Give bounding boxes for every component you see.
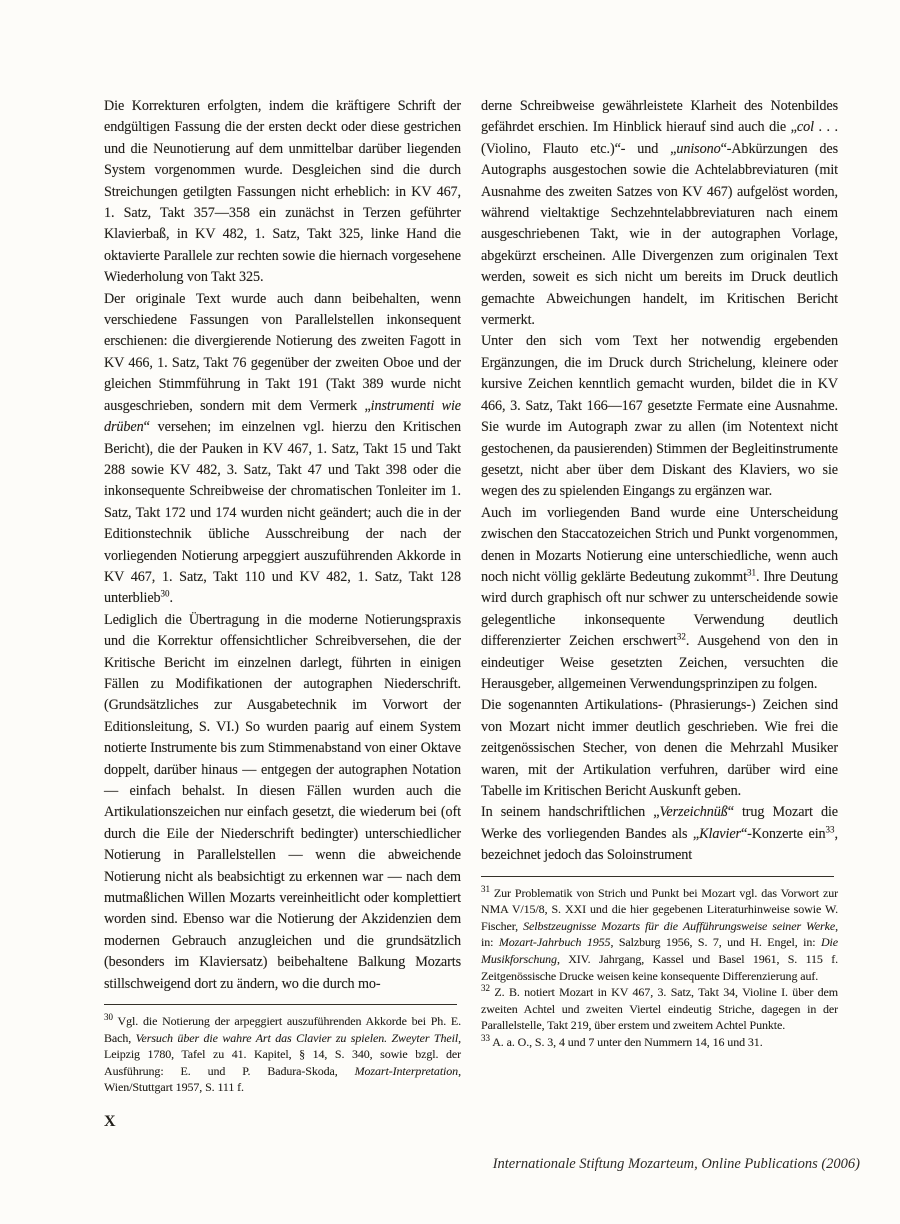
text-run: derne Schreibweise gewährleistete Klarhe… bbox=[481, 98, 838, 135]
text-columns: Die Korrekturen erfolgten, indem die krä… bbox=[104, 96, 838, 1131]
scanned-document-page: Die Korrekturen erfolgten, indem die krä… bbox=[0, 0, 900, 1224]
right-column-body-text: derne Schreibweise gewährleistete Klarhe… bbox=[481, 96, 838, 867]
footnote-separator-right bbox=[481, 876, 834, 877]
right-column-footnotes: 31 Zur Problematik von Strich und Punkt … bbox=[481, 885, 838, 1051]
text-run: Der originale Text wurde auch dann beibe… bbox=[104, 291, 461, 414]
paragraph: In seinem handschriftlichen „Verzeichnüß… bbox=[481, 802, 838, 866]
italic-text-run: Klavier bbox=[699, 826, 741, 842]
paragraph: Unter den sich vom Text her notwendig er… bbox=[481, 331, 838, 502]
text-run: “-Konzerte ein bbox=[741, 826, 826, 842]
page-number: X bbox=[104, 1113, 461, 1131]
footnote-reference: 33 bbox=[826, 824, 835, 834]
paragraph: derne Schreibweise gewährleistete Klarhe… bbox=[481, 96, 838, 331]
footnote: 30 Vgl. die Notierung der arpeggiert aus… bbox=[104, 1013, 461, 1096]
text-run: In seinem handschriftlichen „ bbox=[481, 804, 659, 820]
footnote-reference: 31 bbox=[481, 884, 490, 894]
italic-text-run: Mozart-Interpretation bbox=[355, 1064, 458, 1078]
italic-text-run: Selbstzeugnisse Mozarts für die Aufführu… bbox=[523, 919, 835, 933]
footnote: 32 Z. B. notiert Mozart in KV 467, 3. Sa… bbox=[481, 984, 838, 1034]
paragraph: Der originale Text wurde auch dann beibe… bbox=[104, 289, 461, 610]
paragraph: Die Korrekturen erfolgten, indem die krä… bbox=[104, 96, 461, 289]
text-run: . bbox=[170, 590, 173, 606]
paragraph: Lediglich die Übertragung in die moderne… bbox=[104, 610, 461, 995]
text-run: “-Abkürzungen des Autographs ausgestoche… bbox=[481, 141, 838, 328]
footnote-reference: 33 bbox=[481, 1033, 490, 1043]
footnote: 31 Zur Problematik von Strich und Punkt … bbox=[481, 885, 838, 985]
text-run: Die sogenannten Artikulations- (Phrasier… bbox=[481, 697, 838, 799]
paragraph: Die sogenannten Artikulations- (Phrasier… bbox=[481, 695, 838, 802]
left-column-footnotes: 30 Vgl. die Notierung der arpeggiert aus… bbox=[104, 1013, 461, 1096]
text-run: Unter den sich vom Text her notwendig er… bbox=[481, 333, 838, 499]
left-column-body-text: Die Korrekturen erfolgten, indem die krä… bbox=[104, 96, 461, 995]
footnote-reference: 32 bbox=[677, 631, 686, 641]
left-column: Die Korrekturen erfolgten, indem die krä… bbox=[104, 96, 461, 1131]
italic-text-run: col bbox=[797, 119, 814, 135]
footnote-reference: 31 bbox=[747, 567, 756, 577]
text-run: A. a. O., S. 3, 4 und 7 unter den Nummer… bbox=[490, 1035, 763, 1049]
text-run: , Salzburg 1956, S. 7, und H. Engel, in: bbox=[610, 935, 821, 949]
text-run: Lediglich die Übertragung in die moderne… bbox=[104, 612, 461, 992]
footnote-separator-left bbox=[104, 1004, 457, 1005]
paragraph: Auch im vorliegenden Band wurde eine Unt… bbox=[481, 503, 838, 696]
text-run: “ versehen; im einzelnen vgl. hierzu den… bbox=[104, 419, 461, 606]
publication-footer: Internationale Stiftung Mozarteum, Onlin… bbox=[493, 1156, 860, 1173]
right-column: derne Schreibweise gewährleistete Klarhe… bbox=[481, 96, 838, 1131]
text-run: Z. B. notiert Mozart in KV 467, 3. Satz,… bbox=[481, 985, 838, 1032]
footnote-reference: 32 bbox=[481, 983, 490, 993]
text-run: Die Korrekturen erfolgten, indem die krä… bbox=[104, 98, 461, 285]
italic-text-run: Mozart-Jahrbuch 1955 bbox=[499, 935, 611, 949]
footnote-reference: 30 bbox=[161, 589, 170, 599]
footnote: 33 A. a. O., S. 3, 4 und 7 unter den Num… bbox=[481, 1034, 838, 1051]
italic-text-run: unisono bbox=[676, 141, 720, 157]
footnote-reference: 30 bbox=[104, 1012, 113, 1022]
italic-text-run: Verzeichnüß bbox=[659, 804, 727, 820]
italic-text-run: Versuch über die wahre Art das Clavier z… bbox=[136, 1031, 458, 1045]
